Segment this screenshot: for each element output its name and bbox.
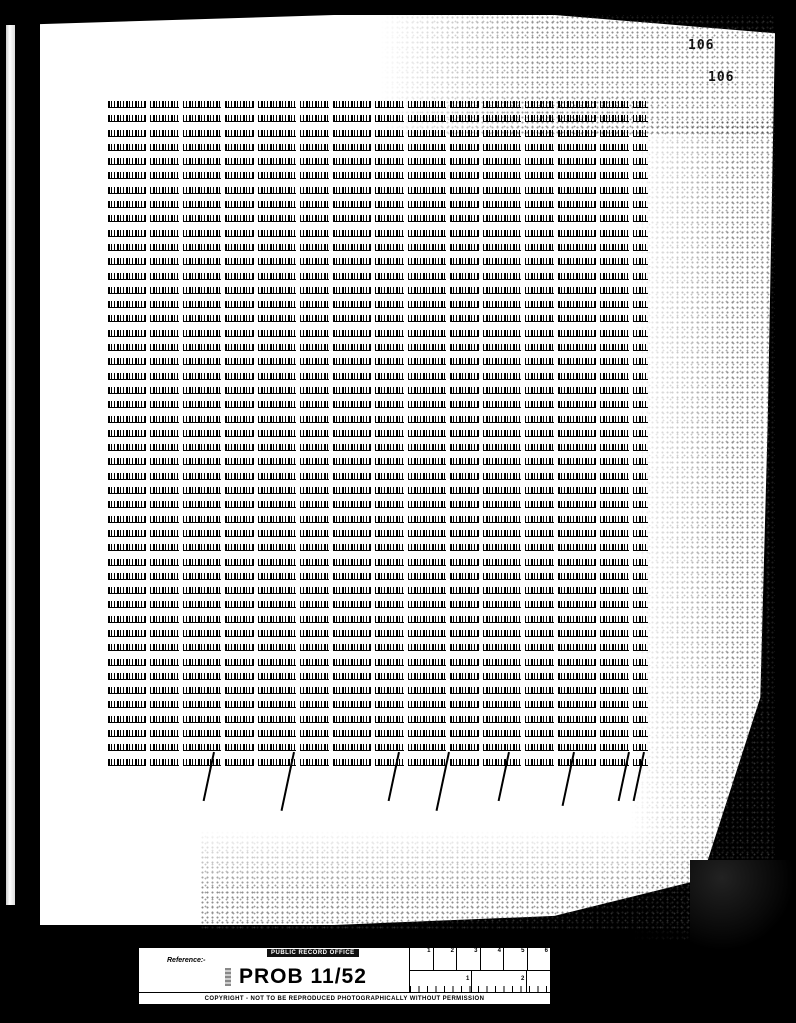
handwritten-line	[108, 469, 648, 483]
handwritten-line	[108, 197, 648, 211]
handwritten-line	[108, 612, 648, 626]
measurement-scale: 1 2 3 4 5 6 1 2	[409, 948, 551, 992]
folio-number: 106	[688, 38, 714, 53]
handwritten-line	[108, 726, 648, 740]
handwritten-line	[108, 326, 648, 340]
handwritten-line	[108, 369, 648, 383]
handwritten-line	[108, 297, 648, 311]
centimetre-scale: 1 2 3 4 5 6	[410, 948, 551, 971]
office-name: PUBLIC RECORD OFFICE	[267, 949, 359, 957]
handwritten-line	[108, 412, 648, 426]
handwritten-line	[108, 311, 648, 325]
handwritten-line	[108, 483, 648, 497]
film-edge-strip	[6, 25, 15, 905]
handwritten-line	[108, 440, 648, 454]
handwritten-line	[108, 397, 648, 411]
handwritten-line	[108, 283, 648, 297]
handwritten-line	[108, 168, 648, 182]
handwritten-line	[108, 512, 648, 526]
handwritten-line	[108, 97, 648, 111]
handwritten-line	[108, 497, 648, 511]
handwritten-line	[108, 183, 648, 197]
handwritten-line	[108, 712, 648, 726]
dark-corner-shadow	[690, 860, 796, 950]
handwritten-line	[108, 640, 648, 654]
handwritten-line	[108, 569, 648, 583]
handwritten-line	[108, 454, 648, 468]
handwritten-line	[108, 697, 648, 711]
handwritten-line	[108, 240, 648, 254]
folio-number-stamp: 106	[708, 70, 734, 85]
handwritten-line	[108, 540, 648, 554]
handwritten-line	[108, 669, 648, 683]
copyright-notice: COPYRIGHT - NOT TO BE REPRODUCED PHOTOGR…	[139, 992, 550, 1005]
handwritten-line	[108, 140, 648, 154]
handwritten-line	[108, 655, 648, 669]
handwritten-line	[108, 597, 648, 611]
handwritten-line	[108, 126, 648, 140]
handwritten-line	[108, 555, 648, 569]
handwritten-line	[108, 211, 648, 225]
document-reference-code: PROB 11/52	[239, 965, 367, 989]
reference-caption: Reference:-	[167, 957, 206, 964]
paper-damage-right	[630, 120, 775, 940]
handwritten-line	[108, 583, 648, 597]
handwritten-line	[108, 383, 648, 397]
handwritten-line	[108, 226, 648, 240]
handwritten-text-block	[108, 97, 648, 769]
handwritten-line	[108, 426, 648, 440]
handwritten-line	[108, 154, 648, 168]
handwritten-line	[108, 683, 648, 697]
archive-reference-label: Reference:- PUBLIC RECORD OFFICE PROB 11…	[137, 946, 552, 1006]
handwritten-line	[108, 111, 648, 125]
handwritten-line	[108, 340, 648, 354]
handwritten-line	[108, 526, 648, 540]
paper-damage-bottom	[200, 830, 775, 930]
handwritten-line	[108, 626, 648, 640]
handwritten-line	[108, 254, 648, 268]
inch-scale: 1 2	[410, 971, 551, 992]
signature-flourishes	[108, 752, 648, 822]
handwritten-line	[108, 269, 648, 283]
handwritten-line	[108, 354, 648, 368]
